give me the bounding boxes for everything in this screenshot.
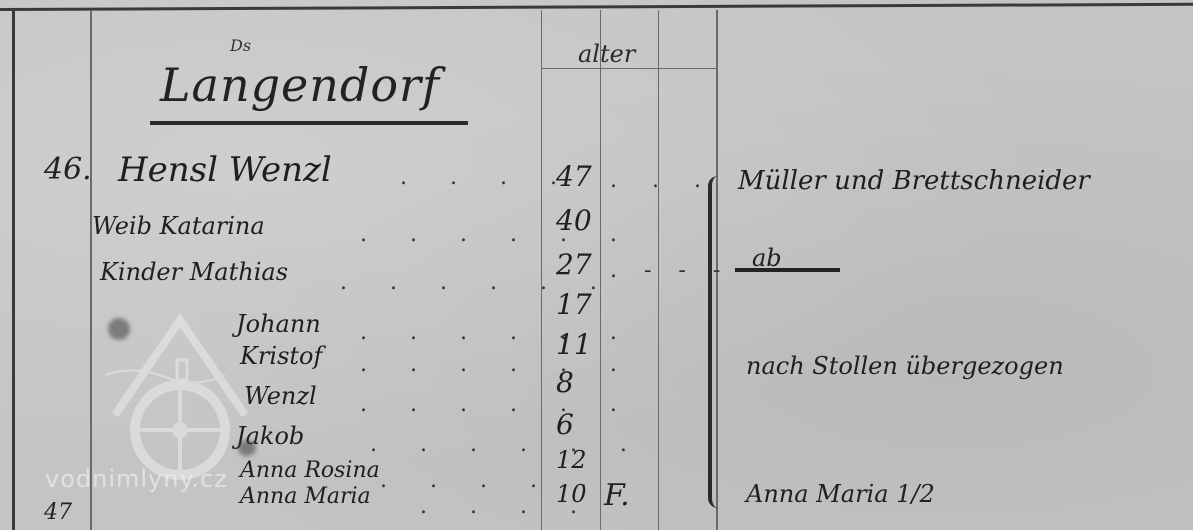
sex-mark: F. xyxy=(604,478,630,513)
dot-leader: . . . . . . xyxy=(360,222,635,247)
village-title: Langendorf xyxy=(160,58,440,112)
title-underline xyxy=(150,121,468,125)
age-value: 8 xyxy=(556,366,574,399)
age-value: 47 xyxy=(556,160,592,193)
marginal-mark-underline xyxy=(735,268,840,272)
age-value: 40 xyxy=(556,204,592,237)
top-rule-line xyxy=(0,3,1193,11)
entry-number: 46. xyxy=(44,152,92,187)
wife-name: Weib Katarina xyxy=(92,212,265,240)
age-value: 17 xyxy=(556,288,592,321)
next-entry-number: 47 xyxy=(44,500,72,525)
age-column-header: alter xyxy=(578,40,635,68)
dot-leader: . . . . . . xyxy=(360,320,635,345)
dot-leader: . . . xyxy=(610,168,715,193)
ink-blot xyxy=(238,440,256,456)
child-name: Anna Rosina xyxy=(240,458,380,483)
child-name: Anna Maria xyxy=(240,484,371,509)
household-bracket xyxy=(708,176,730,508)
watermark-text: vodnimlyny.cz xyxy=(45,465,228,493)
dot-leader: . . . . xyxy=(400,165,575,190)
age-value: 6 xyxy=(556,408,574,441)
occupation-note: Müller und Brettschneider xyxy=(738,166,1090,196)
title-prefix: Ds xyxy=(230,36,251,55)
dot-leader: . . . . . . xyxy=(370,432,645,457)
age-value: 10 xyxy=(556,480,587,508)
age-value: 12 xyxy=(556,446,587,474)
child-name: Kinder Mathias xyxy=(100,258,288,286)
outer-margin-line xyxy=(12,8,15,530)
age-header-underline xyxy=(541,68,718,69)
child-name: Wenzl xyxy=(244,382,317,410)
child-name: Johann xyxy=(236,310,321,338)
moved-note: nach Stollen übergezogen xyxy=(746,352,1064,380)
child-name: Kristof xyxy=(240,342,322,370)
age-value: 11 xyxy=(556,328,592,361)
dot-leader: . . . . . . xyxy=(360,392,635,417)
age-value: 27 xyxy=(556,248,592,281)
register-page: Ds Langendorf alter 46. 47 Hensl Wenzl W… xyxy=(0,0,1193,530)
dot-leader: . . . . . . xyxy=(360,352,635,377)
ink-blot xyxy=(108,318,130,340)
bottom-note: Anna Maria 1/2 xyxy=(746,480,935,508)
number-column-line xyxy=(90,10,92,530)
household-head-name: Hensl Wenzl xyxy=(118,150,332,190)
